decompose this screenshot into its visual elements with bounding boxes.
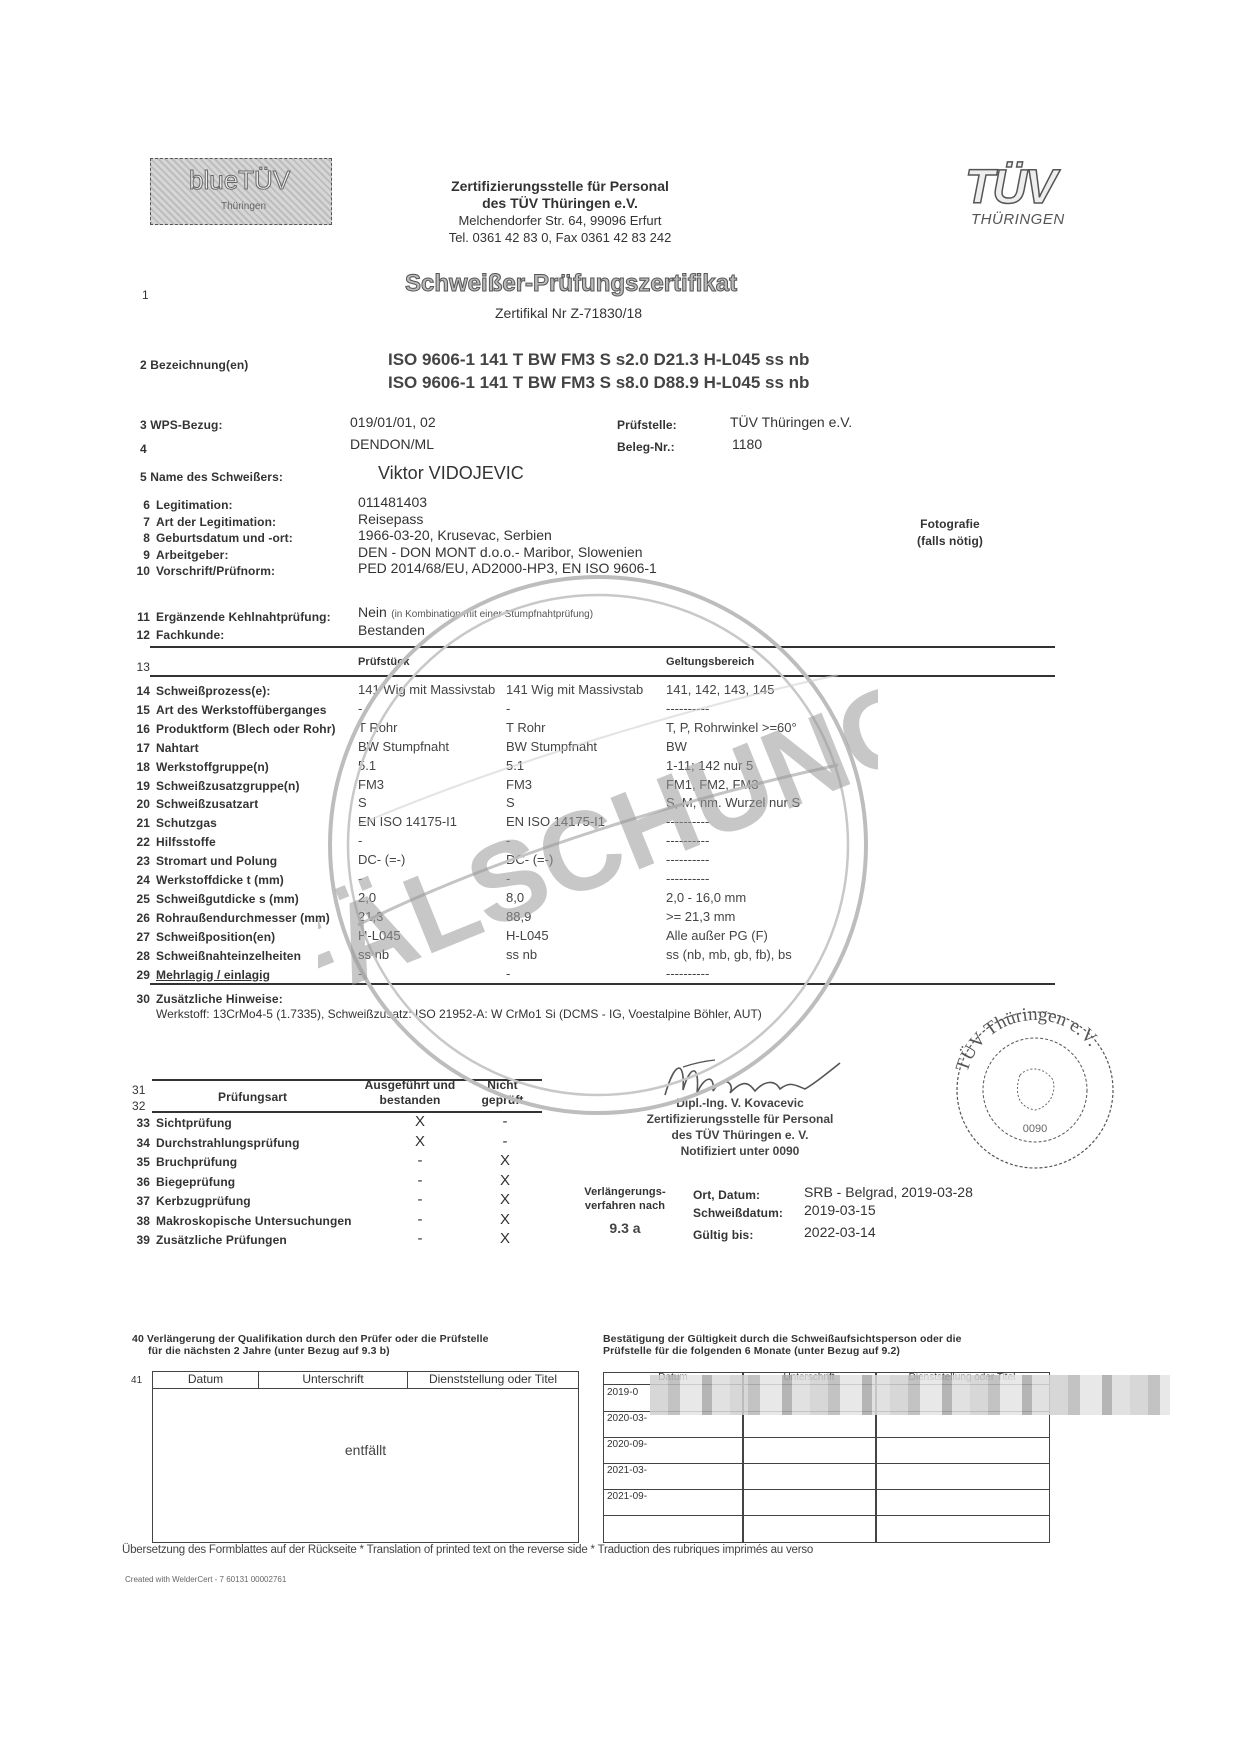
table-row: 27Schweißposition(en)H-L045H-L045Alle au… [132, 926, 1072, 944]
validity-range-value: S, M, nm. Wurzel nur S [666, 795, 800, 810]
test-piece-2-value: 141 Wig mit Massivstab [506, 682, 643, 697]
col-text: Ausgeführt und [355, 1078, 465, 1093]
row-number: 15 [132, 703, 150, 717]
test-piece-1-value: 2,0 [358, 890, 376, 905]
value-text: PED 2014/68/EU, AD2000-HP3, EN ISO 9606-… [358, 560, 657, 576]
test-label: 39Zusätzliche Prüfungen [132, 1233, 287, 1247]
label-text: Verlängerungs- [570, 1185, 680, 1199]
row-number: 10 [132, 564, 150, 578]
test-piece-1-value: DC- (=-) [358, 852, 405, 867]
date-cell[interactable]: 2021-03- [607, 1465, 647, 1476]
table-row: 21SchutzgasEN ISO 14175-I1EN ISO 14175-I… [132, 812, 1072, 830]
date-cell[interactable]: 2019-0 [607, 1387, 638, 1398]
test-piece-2-value: EN ISO 14175-I1 [506, 814, 605, 829]
divider [150, 983, 1055, 985]
test-piece-2-value: - [506, 871, 510, 886]
table-row: 2020-09- [604, 1437, 1049, 1464]
signatory-name: Dipl.-Ing. V. Kovacevic [620, 1095, 860, 1111]
row-number: 28 [132, 949, 150, 963]
row-number: 22 [132, 835, 150, 849]
valid-until-label: Gültig bis: [693, 1228, 753, 1242]
place-date-label: Ort, Datum: [693, 1188, 760, 1202]
test-piece-2-value: 8,0 [506, 890, 524, 905]
label-text: Schweißgutdicke s (mm) [156, 892, 299, 906]
col-test-piece: Prüfstück [358, 656, 410, 668]
divider [150, 675, 1055, 677]
validity-range-value: Alle außer PG (F) [666, 928, 768, 943]
value-text: DEN - DON MONT d.o.o.- Maribor, Slowenie… [358, 544, 643, 560]
label-text: Makroskopische Untersuchungen [156, 1214, 352, 1228]
validity-range-value: 2,0 - 16,0 mm [666, 890, 746, 905]
certificate-number: Zertifikal Nr Z-71830/18 [495, 305, 642, 321]
table-row: 26Rohraußendurchmesser (mm)21,388,9>= 21… [132, 907, 1072, 925]
label-text: Zusätzliche Prüfungen [156, 1233, 287, 1247]
svg-text:0090: 0090 [1023, 1123, 1047, 1135]
test-piece-2-value: S [506, 795, 515, 810]
tuv-logo-text: TÜV [965, 165, 1085, 211]
test-label: 34Durchstrahlungsprüfung [132, 1136, 300, 1150]
label-text: Werkstoffgruppe(n) [156, 760, 269, 774]
label-text: Sichtprüfung [156, 1116, 232, 1130]
label-text: Zusätzliche Hinweise: [156, 992, 283, 1006]
row-number: 33 [132, 1116, 150, 1130]
table-row: 28Schweißnahteinzelheitenss nbss nbss (n… [132, 945, 1072, 963]
param-label: 19Schweißzusatzgruppe(n) [132, 779, 300, 793]
label-text: Nahtart [156, 741, 199, 755]
signatory-line: Notifiziert unter 0090 [620, 1143, 860, 1159]
issuer-line: Melchendorfer Str. 64, 99096 Erfurt [410, 212, 710, 229]
test-piece-1-value: ss nb [358, 947, 389, 962]
label-text: Bezeichnung(en) [150, 358, 248, 372]
col-date: Datum [153, 1372, 259, 1388]
param-label: 24Werkstoffdicke t (mm) [132, 873, 284, 887]
table-row: 19Schweißzusatzgruppe(n)FM3FM3FM1, FM2, … [132, 775, 1072, 793]
title-cell[interactable] [877, 1437, 1047, 1463]
label-text: Mehrlagig / einlagig [156, 968, 270, 982]
created-with-note: Created with WelderCert - 7 60131 000027… [125, 1575, 286, 1584]
value-text: Nein [358, 604, 387, 620]
title-cell[interactable] [877, 1515, 1047, 1541]
col-text: geprüft [470, 1093, 535, 1108]
table-row: 2021-03- [604, 1463, 1049, 1490]
param-label: 15Art des Werkstoffüberganges [132, 703, 327, 717]
knowledge-label: 12Fachkunde: [132, 628, 224, 642]
test-body-value: TÜV Thüringen e.V. [730, 414, 852, 430]
weld-date-label: Schweißdatum: [693, 1206, 783, 1220]
table-row: 37Kerbzugprüfung-X [132, 1191, 562, 1210]
params-header-num: 13 [132, 660, 156, 674]
title-cell[interactable] [877, 1489, 1047, 1515]
voucher-label: Beleg-Nr.: [617, 440, 675, 454]
bluetuv-logo-text: blueTÜV [189, 165, 290, 196]
passed-mark: - [405, 1172, 435, 1189]
remarks-label: 30Zusätzliche Hinweise: [132, 992, 283, 1006]
col-test-type: Prüfungsart [218, 1090, 287, 1104]
label-text: Biegeprüfung [156, 1175, 235, 1189]
knowledge-value: Bestanden [358, 622, 425, 638]
row-number: 21 [132, 816, 150, 830]
row-number: 26 [132, 911, 150, 925]
row-number: 27 [132, 930, 150, 944]
label-text: Name des Schweißers: [150, 470, 283, 484]
col-validity-range: Geltungsbereich [666, 656, 754, 668]
date-cell[interactable]: 2020-09- [607, 1439, 647, 1450]
row-number: 38 [132, 1214, 150, 1228]
tests-header-nums: 31 32 [132, 1082, 146, 1114]
row-number: 4 [140, 442, 147, 456]
issuer-line: Zertifizierungsstelle für Personal [410, 178, 710, 195]
param-label: 25Schweißgutdicke s (mm) [132, 892, 299, 906]
label-text: Schweißposition(en) [156, 930, 275, 944]
table-row: 14Schweißprozess(e):141 Wig mit Massivst… [132, 680, 1072, 698]
row-number: 13 [132, 660, 150, 674]
col-text: bestanden [355, 1093, 465, 1108]
designation-values: ISO 9606-1 141 T BW FM3 S s2.0 D21.3 H-L… [388, 348, 809, 394]
label-text: Bruchprüfung [156, 1155, 237, 1169]
row-number: 25 [132, 892, 150, 906]
param-label: 29Mehrlagig / einlagig [132, 968, 270, 982]
label-text: Schweißzusatzart [156, 797, 258, 811]
extension-table-header: Datum Unterschrift Dienststellung oder T… [153, 1372, 578, 1389]
value-text: Reisepass [358, 511, 423, 527]
photo-placeholder: Fotografie (falls nötig) [910, 516, 990, 550]
validity-range-value: FM1, FM2, FM3 [666, 777, 758, 792]
table-row: 18Werkstoffgruppe(n)5.15.11-11; 142 nur … [132, 756, 1072, 774]
row-number: 14 [132, 684, 150, 698]
issuer-line: Tel. 0361 42 83 0, Fax 0361 42 83 242 [410, 229, 710, 246]
issuer-address: Zertifizierungsstelle für Personal des T… [410, 178, 710, 246]
test-piece-2-value: - [506, 966, 510, 981]
col-signature: Unterschrift [259, 1372, 408, 1388]
test-piece-2-value: - [506, 701, 510, 716]
row-number: 3 [140, 418, 147, 432]
test-piece-2-value: 88,9 [506, 909, 531, 924]
designation-line: ISO 9606-1 141 T BW FM3 S s8.0 D88.9 H-L… [388, 371, 809, 394]
welder-field-row: 7Art der Legitimation:Reisepass [132, 511, 832, 527]
param-label: 21Schutzgas [132, 816, 217, 830]
title-line: Bestätigung der Gültigkeit durch die Sch… [603, 1333, 962, 1345]
col-not-tested: Nicht geprüft [470, 1078, 535, 1108]
welder-name-value: Viktor VIDOJEVIC [378, 463, 524, 484]
validity-range-value: ---------- [666, 814, 709, 829]
validity-range-value: ---------- [666, 701, 709, 716]
test-piece-1-value: H-L045 [358, 928, 401, 943]
value-text: 011481403 [358, 494, 427, 510]
label-text: Werkstoffdicke t (mm) [156, 873, 284, 887]
row-number: 41 [131, 1375, 142, 1386]
not-tested-mark: X [490, 1172, 520, 1189]
test-piece-1-value: 5.1 [358, 758, 376, 773]
validity-range-value: ---------- [666, 871, 709, 886]
row-number: 12 [132, 628, 150, 642]
table-row: 23Stromart und PolungDC- (=-)DC- (=-)---… [132, 850, 1072, 868]
date-cell[interactable]: 2020-03- [607, 1413, 647, 1424]
test-piece-1-value: T Rohr [358, 720, 398, 735]
test-piece-1-value: BW Stumpfnaht [358, 739, 449, 754]
row-number: 23 [132, 854, 150, 868]
test-label: 37Kerbzugprüfung [132, 1194, 251, 1208]
row-number: 29 [132, 968, 150, 982]
row-number: 30 [132, 992, 150, 1006]
test-piece-1-value: - [358, 966, 362, 981]
title-line: für die nächsten 2 Jahre (unter Bezug au… [132, 1345, 489, 1357]
table-row: 35Bruchprüfung-X [132, 1152, 562, 1171]
not-tested-mark: X [490, 1191, 520, 1208]
wps-value: 019/01/01, 02 [350, 414, 436, 430]
row-number: 32 [132, 1098, 146, 1114]
label-text: Kerbzugprüfung [156, 1194, 251, 1208]
validity-range-value: ---------- [666, 852, 709, 867]
page-title: Schweißer-Prüfungszertifikat [405, 270, 737, 298]
label-text: Produktform (Blech oder Rohr) [156, 722, 336, 736]
table-row: 16Produktform (Blech oder Rohr)T RohrT R… [132, 718, 1072, 736]
label-text: Vorschrift/Prüfnorm: [156, 564, 275, 578]
passed-mark: - [405, 1230, 435, 1247]
place-date-value: SRB - Belgrad, 2019-03-28 [804, 1184, 973, 1200]
table-row: 24Werkstoffdicke t (mm)------------ [132, 869, 1072, 887]
row-number: 39 [132, 1233, 150, 1247]
label-text: Fachkunde: [156, 628, 224, 642]
extension-not-applicable: entfällt [153, 1442, 578, 1458]
test-piece-1-value: - [358, 871, 362, 886]
label-text: Ergänzende Kehlnahtprüfung: [156, 610, 331, 624]
label-text: WPS-Bezug: [150, 418, 222, 432]
remarks-text: Werkstoff: 13CrMo4-5 (1.7335), Schweißzu… [156, 1007, 762, 1021]
designation-label: 2 Bezeichnung(en) [140, 358, 248, 372]
row-number: 16 [132, 722, 150, 736]
signature-cell[interactable] [744, 1463, 874, 1489]
label-text: 10Vorschrift/Prüfnorm: [132, 564, 275, 578]
tuv-logo-subtext: THÜRINGEN [971, 211, 1085, 228]
redacted-region [650, 1375, 1170, 1415]
validity-range-value: >= 21,3 mm [666, 909, 735, 924]
row-number: 35 [132, 1155, 150, 1169]
table-row: 2021-09- [604, 1489, 1049, 1516]
passed-mark: X [405, 1113, 435, 1130]
row-number: 36 [132, 1175, 150, 1189]
table-row: 22Hilfsstoffe------------ [132, 831, 1072, 849]
param-label: 17Nahtart [132, 741, 199, 755]
divider [150, 646, 1055, 648]
label-text: Schweißzusatzgruppe(n) [156, 779, 300, 793]
table-row: 17NahtartBW StumpfnahtBW StumpfnahtBW [132, 737, 1072, 755]
validity-range-value: ---------- [666, 966, 709, 981]
note-text: (in Kombination mit einer Stumpfnahtprüf… [391, 609, 593, 620]
table-row: 36Biegeprüfung-X [132, 1172, 562, 1191]
test-label: 33Sichtprüfung [132, 1116, 232, 1130]
test-piece-1-value: EN ISO 14175-I1 [358, 814, 457, 829]
test-piece-1-value: 21,3 [358, 909, 383, 924]
test-piece-1-value: 141 Wig mit Massivstab [358, 682, 495, 697]
bluetuv-logo-subtext: Thüringen [221, 201, 266, 212]
welder-field-row: 9Arbeitgeber:DEN - DON MONT d.o.o.- Mari… [132, 544, 832, 560]
label-text: verfahren nach [570, 1199, 680, 1213]
table-row: 15Art des Werkstoffüberganges-----------… [132, 699, 1072, 717]
not-tested-mark: X [490, 1230, 520, 1247]
validity-range-value: 1-11; 142 nur 5 [666, 758, 753, 773]
validity-range-value: ss (nb, mb, gb, fb), bs [666, 947, 792, 962]
table-row [604, 1515, 1049, 1541]
fillet-test-label: 11Ergänzende Kehlnahtprüfung: [132, 610, 331, 624]
table-row: 2020-03- [604, 1411, 1049, 1438]
test-piece-1-value: FM3 [358, 777, 384, 792]
row-number: 1 [142, 288, 149, 302]
param-label: 16Produktform (Blech oder Rohr) [132, 722, 336, 736]
row-number: 20 [132, 797, 150, 811]
welder-field-row: 6Legitimation:011481403 [132, 494, 832, 510]
param-label: 18Werkstoffgruppe(n) [132, 760, 269, 774]
photo-label: Fotografie [910, 516, 990, 533]
row-number: 2 [140, 358, 147, 372]
signatory-line: Zertifizierungsstelle für Personal [620, 1111, 860, 1127]
test-piece-2-value: BW Stumpfnaht [506, 739, 597, 754]
table-row: 25Schweißgutdicke s (mm)2,08,02,0 - 16,0… [132, 888, 1072, 906]
signature-cell[interactable] [744, 1515, 874, 1541]
test-piece-1-value: - [358, 833, 362, 848]
extension-procedure-value: 9.3 a [570, 1220, 680, 1236]
test-label: 36Biegeprüfung [132, 1175, 235, 1189]
test-piece-1-value: S [358, 795, 367, 810]
row-number: 19 [132, 779, 150, 793]
table-row: 38Makroskopische Untersuchungen-X [132, 1211, 562, 1230]
col-passed: Ausgeführt und bestanden [355, 1078, 465, 1108]
label-text: Schweißprozess(e): [156, 684, 271, 698]
table-row: 29Mehrlagig / einlagig------------ [132, 964, 1072, 982]
valid-until-value: 2022-03-14 [804, 1224, 876, 1240]
row-number: 31 [132, 1082, 146, 1098]
test-piece-2-value: 5.1 [506, 758, 524, 773]
validity-range-value: BW [666, 739, 687, 754]
issuer-line: des TÜV Thüringen e.V. [410, 195, 710, 212]
test-label: 35Bruchprüfung [132, 1155, 237, 1169]
wps-value-4: DENDON/ML [350, 436, 434, 452]
tuv-thueringen-logo: TÜV THÜRINGEN [965, 165, 1085, 228]
param-label: 20Schweißzusatzart [132, 797, 258, 811]
param-label: 26Rohraußendurchmesser (mm) [132, 911, 330, 925]
col-title: Dienststellung oder Titel [409, 1372, 577, 1386]
signature-cell[interactable] [744, 1437, 874, 1463]
label-text: Schweißnahteinzelheiten [156, 949, 301, 963]
table-row: 39Zusätzliche Prüfungen-X [132, 1230, 562, 1249]
welder-name-label: 5 Name des Schweißers: [140, 470, 283, 484]
not-tested-mark: X [490, 1211, 520, 1228]
test-piece-2-value: FM3 [506, 777, 532, 792]
label-text: Durchstrahlungsprüfung [156, 1136, 300, 1150]
row-number: 37 [132, 1194, 150, 1208]
row-number: 24 [132, 873, 150, 887]
bluetuv-logo: blueTÜV Thüringen [150, 158, 332, 225]
extension-title: 40 Verlängerung der Qualifikation durch … [132, 1333, 489, 1357]
param-label: 28Schweißnahteinzelheiten [132, 949, 301, 963]
passed-mark: - [405, 1191, 435, 1208]
row-number: 5 [140, 470, 147, 484]
extension-table: Datum Unterschrift Dienststellung oder T… [152, 1371, 579, 1543]
date-cell[interactable]: 2021-09- [607, 1491, 647, 1502]
value-text: 1966-03-20, Krusevac, Serbien [358, 527, 552, 543]
test-label: 38Makroskopische Untersuchungen [132, 1214, 352, 1228]
photo-label-note: (falls nötig) [910, 533, 990, 550]
label-text: Art des Werkstoffüberganges [156, 703, 327, 717]
label-text: Hilfsstoffe [156, 835, 216, 849]
test-piece-2-value: T Rohr [506, 720, 546, 735]
passed-mark: - [405, 1211, 435, 1228]
table-row: 34DurchstrahlungsprüfungX- [132, 1133, 562, 1152]
not-tested-mark: - [490, 1113, 520, 1130]
fillet-test-value: Nein (in Kombination mit einer Stumpfnah… [358, 604, 593, 622]
title-line: Prüfstelle für die folgenden 6 Monate (u… [603, 1345, 962, 1357]
extension-procedure-label: Verlängerungs- verfahren nach [570, 1185, 680, 1213]
row-number: 34 [132, 1136, 150, 1150]
label-text: Rohraußendurchmesser (mm) [156, 911, 330, 925]
label-text: Schutzgas [156, 816, 217, 830]
title-cell[interactable] [877, 1463, 1047, 1489]
test-piece-2-value: DC- (=-) [506, 852, 553, 867]
param-label: 27Schweißposition(en) [132, 930, 275, 944]
test-body-label: Prüfstelle: [617, 418, 677, 432]
not-tested-mark: - [490, 1133, 520, 1150]
label-text: Stromart und Polung [156, 854, 277, 868]
signature-cell[interactable] [744, 1489, 874, 1515]
weld-date-value: 2019-03-15 [804, 1202, 876, 1218]
confirmation-title: Bestätigung der Gültigkeit durch die Sch… [603, 1333, 962, 1357]
test-piece-2-value: ss nb [506, 947, 537, 962]
param-label: 14Schweißprozess(e): [132, 684, 271, 698]
translation-note: Übersetzung des Formblattes auf der Rück… [122, 1544, 813, 1556]
voucher-value: 1180 [732, 436, 762, 452]
signatory-block: Dipl.-Ing. V. Kovacevic Zertifizierungss… [620, 1095, 860, 1159]
param-label: 22Hilfsstoffe [132, 835, 216, 849]
test-piece-1-value: - [358, 701, 362, 716]
col-text: Nicht [470, 1078, 535, 1093]
not-tested-mark: X [490, 1152, 520, 1169]
wps-label: 3 WPS-Bezug: [140, 418, 223, 432]
validity-range-value: T, P, Rohrwinkel >=60° [666, 720, 797, 735]
row-number: 18 [132, 760, 150, 774]
test-piece-2-value: - [506, 833, 510, 848]
row-number: 40 [132, 1333, 144, 1345]
designation-line: ISO 9606-1 141 T BW FM3 S s2.0 D21.3 H-L… [388, 348, 809, 371]
passed-mark: X [405, 1133, 435, 1150]
welder-field-row: 8Geburtsdatum und -ort:1966-03-20, Kruse… [132, 527, 832, 543]
passed-mark: - [405, 1152, 435, 1169]
signatory-line: des TÜV Thüringen e. V. [620, 1127, 860, 1143]
table-row: 20SchweißzusatzartSSS, M, nm. Wurzel nur… [132, 793, 1072, 811]
welder-field-row: 10Vorschrift/Prüfnorm:PED 2014/68/EU, AD… [132, 560, 832, 576]
row-number: 11 [132, 610, 150, 624]
test-piece-2-value: H-L045 [506, 928, 549, 943]
validity-range-value: ---------- [666, 833, 709, 848]
param-label: 23Stromart und Polung [132, 854, 277, 868]
table-row: 33SichtprüfungX- [132, 1113, 562, 1132]
title-line: Verlängerung der Qualifikation durch den… [147, 1333, 489, 1345]
row-number: 17 [132, 741, 150, 755]
validity-range-value: 141, 142, 143, 145 [666, 682, 774, 697]
official-seal-icon: TÜV Thüringen e.V. 0090 [935, 1000, 1135, 1170]
